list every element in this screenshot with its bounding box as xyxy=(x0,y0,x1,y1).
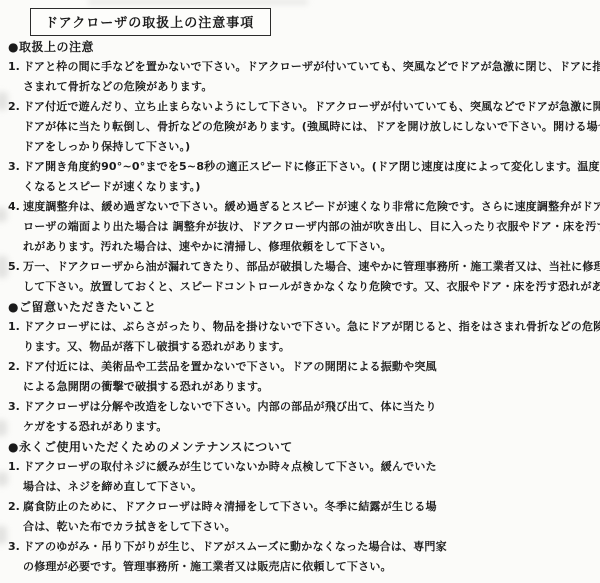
list-item: 2. ドア付近には、美術品や工芸品を置かないで下さい。ドアの開閉による振動や突風… xyxy=(8,357,598,397)
list-item: 3. ドア開き角度約90°~0°までを5~8秒の適正スピードに修正下さい。(ドア… xyxy=(8,157,598,197)
list-item: 3. ドアクローザは分解や改造をしないで下さい。内部の部品が飛び出て、体に当たり… xyxy=(8,397,598,437)
scan-artifact xyxy=(0,472,8,486)
list-item: 1. ドアと枠の間に手などを置かないで下さい。ドアクローザが付いていても、突風な… xyxy=(8,57,598,97)
item-text: 腐食防止のために、ドアクローザは時々清掃をして下さい。冬季に結露が生じる場 合は… xyxy=(23,497,437,537)
item-number: 4. xyxy=(8,197,23,217)
item-text: ドアと枠の間に手などを置かないで下さい。ドアクローザが付いていても、突風などでド… xyxy=(23,57,600,97)
list-item: 1. ドアクローザの取付ネジに緩みが生じていないか時々点検して下さい。緩んでいた… xyxy=(8,457,598,497)
item-number: 1. xyxy=(8,317,23,337)
scan-artifact xyxy=(0,92,8,110)
scan-artifact xyxy=(0,526,7,544)
item-text: ドアクローザには、ぶらさがったり、物品を掛けないで下さい。急にドアが閉じると、指… xyxy=(23,317,600,357)
section-heading-points-of-attention: ●ご留意いただきたいこと xyxy=(8,297,598,317)
document-body: ●取扱上の注意 1. ドアと枠の間に手などを置かないで下さい。ドアクローザが付い… xyxy=(8,37,598,577)
list-item: 4. 速度調整弁は、緩め過ぎないで下さい。緩め過ぎるとスピードが速くなり非常に危… xyxy=(8,197,598,257)
item-text: ドア付近で遊んだり、立ち止まらないようにして下さい。ドアクローザが付いていても、… xyxy=(23,97,600,157)
item-text: ドアクローザは分解や改造をしないで下さい。内部の部品が飛び出て、体に当たり ケガ… xyxy=(23,397,437,437)
item-number: 3. xyxy=(8,537,23,557)
item-text: ドア付近には、美術品や工芸品を置かないで下さい。ドアの開閉による振動や突風 によ… xyxy=(23,357,437,397)
item-text: 速度調整弁は、緩め過ぎないで下さい。緩め過ぎるとスピードが速くなり非常に危険です… xyxy=(23,197,600,257)
item-number: 1. xyxy=(8,57,23,77)
list-item: 2. 腐食防止のために、ドアクローザは時々清掃をして下さい。冬季に結露が生じる場… xyxy=(8,497,598,537)
item-number: 3. xyxy=(8,397,23,417)
item-number: 5. xyxy=(8,257,23,277)
list-item: 3. ドアのゆがみ・吊り下がりが生じ、ドアがスムーズに動かなくなった場合は、専門… xyxy=(8,537,598,577)
scan-artifact xyxy=(0,420,7,436)
item-number: 2. xyxy=(8,97,23,117)
item-number: 2. xyxy=(8,497,23,517)
item-number: 1. xyxy=(8,457,23,477)
scan-artifact xyxy=(0,208,7,222)
item-number: 2. xyxy=(8,357,23,377)
scan-artifact xyxy=(0,256,8,278)
list-item: 2. ドア付近で遊んだり、立ち止まらないようにして下さい。ドアクローザが付いてい… xyxy=(8,97,598,157)
item-text: ドアのゆがみ・吊り下がりが生じ、ドアがスムーズに動かなくなった場合は、専門家 の… xyxy=(23,537,447,577)
section-heading-maintenance: ●永くご使用いただくためのメンテナンスについて xyxy=(8,437,598,457)
scan-artifact xyxy=(88,0,308,4)
page-title: ドアクローザの取扱上の注意事項 xyxy=(45,16,254,31)
item-text: 万一、ドアクローザから油が漏れてきたり、部品が破損した場合、速やかに管理事務所・… xyxy=(23,257,600,297)
item-text: ドアクローザの取付ネジに緩みが生じていないか時々点検して下さい。緩んでいた 場合… xyxy=(23,457,437,497)
item-text: ドア開き角度約90°~0°までを5~8秒の適正スピードに修正下さい。(ドア閉じ速… xyxy=(23,157,600,197)
list-item: 1. ドアクローザには、ぶらさがったり、物品を掛けないで下さい。急にドアが閉じる… xyxy=(8,317,598,357)
item-number: 3. xyxy=(8,157,23,177)
title-box: ドアクローザの取扱上の注意事項 xyxy=(30,8,271,36)
list-item: 5. 万一、ドアクローザから油が漏れてきたり、部品が破損した場合、速やかに管理事… xyxy=(8,257,598,297)
section-heading-handling-precautions: ●取扱上の注意 xyxy=(8,37,598,57)
